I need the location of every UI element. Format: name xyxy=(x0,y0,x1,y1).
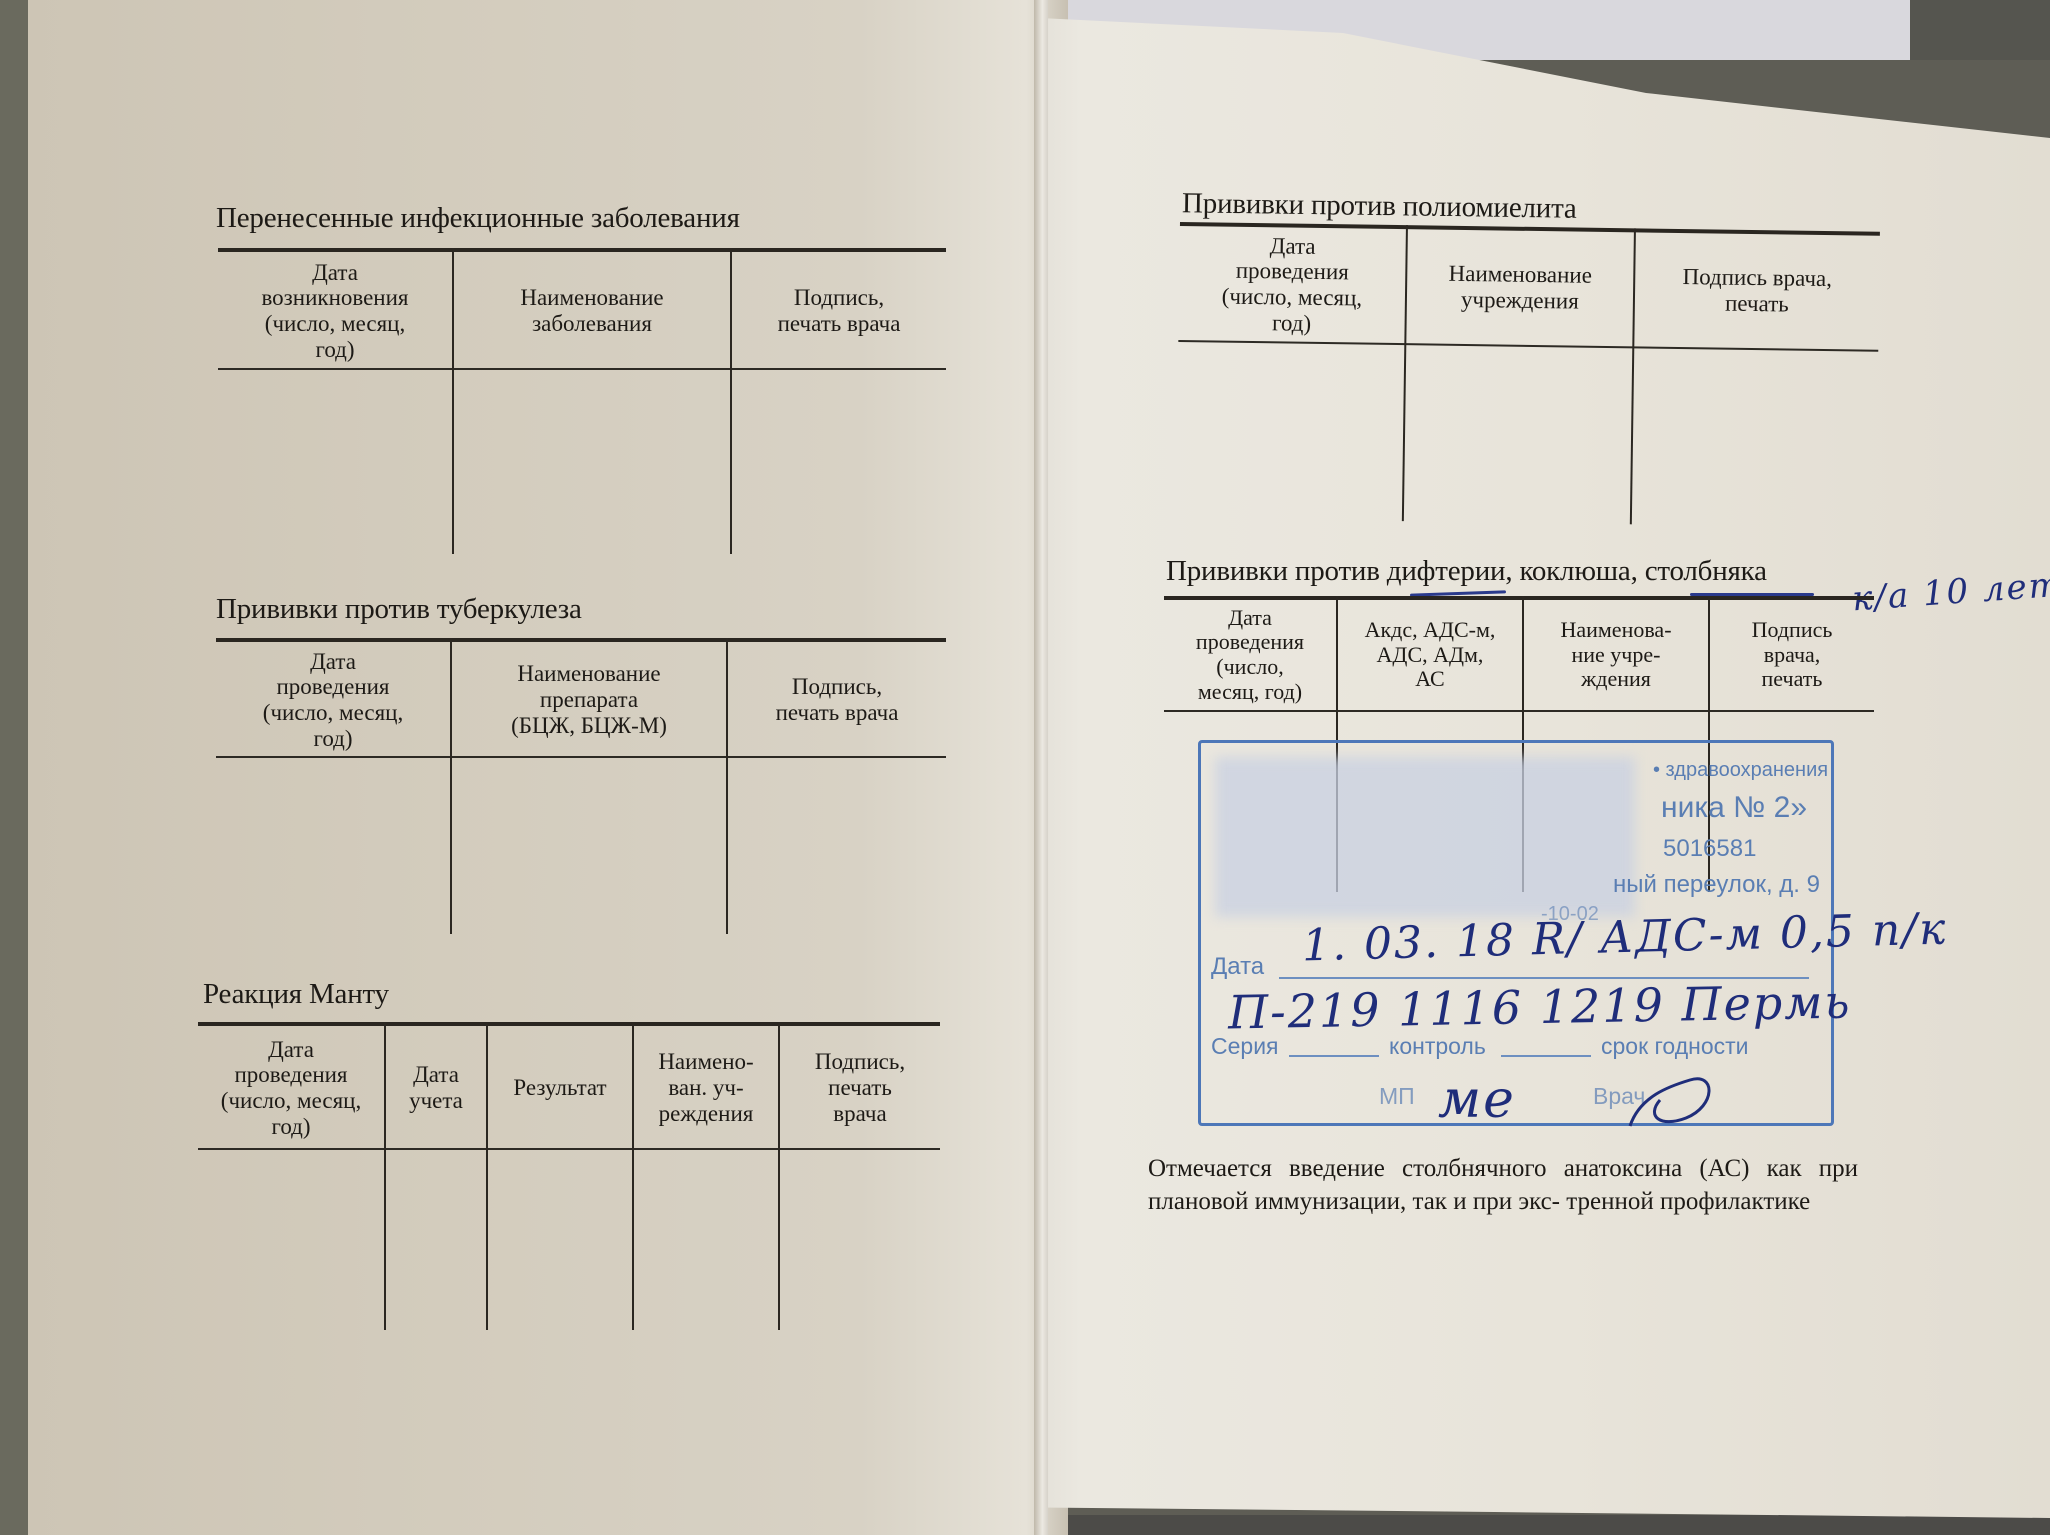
table-top-rule xyxy=(218,248,946,252)
stamp-date-label: Дата xyxy=(1211,953,1264,981)
stamp-expiry-label: срок годности xyxy=(1601,1033,1749,1060)
column-header-signature: Подпись врача, печать xyxy=(1634,232,1880,349)
table-header-rule xyxy=(218,368,946,370)
table-header-rule xyxy=(216,756,946,758)
stamp-control-line xyxy=(1501,1055,1591,1057)
column-header-signature: Подпись, печать врача xyxy=(728,644,946,756)
column-header-date: Дата проведения (число, месяц, год) xyxy=(216,644,450,756)
background-bottom-surface xyxy=(1040,1515,2050,1535)
column-header-reading-date: Дата учета xyxy=(386,1028,486,1148)
column-header-date: Дата проведения (число, месяц, год) xyxy=(1178,226,1406,343)
table-top-rule xyxy=(198,1022,940,1026)
column-header-vaccine: Наименование препарата (БЦЖ, БЦЖ-М) xyxy=(452,644,726,756)
stamp-control-label: контроль xyxy=(1389,1033,1486,1060)
stamp-series-line xyxy=(1289,1055,1379,1057)
column-header-vaccine: Акдс, АДС-м, АДС, АДм, АС xyxy=(1338,600,1522,710)
stamp-code: 5016581 xyxy=(1663,835,1756,863)
tuberculosis-table: Дата проведения (число, месяц, год) Наим… xyxy=(216,638,946,938)
handwritten-entry-line2: П-219 1116 1219 Пермь xyxy=(1228,975,1852,1040)
infections-table: Дата возникновения (число, месяц, год) Н… xyxy=(218,248,946,558)
infections-title: Перенесенные инфекционные заболевания xyxy=(216,202,740,235)
tuberculosis-title: Прививки против туберкулеза xyxy=(216,593,582,626)
column-header-date: Дата проведения (число, месяц, год) xyxy=(198,1028,384,1148)
book-gutter xyxy=(1034,0,1048,1535)
mantoux-table: Дата проведения (число, месяц, год) Дата… xyxy=(198,1022,940,1334)
polio-title: Прививки против полиомиелита xyxy=(1182,187,1577,226)
table-header-rule xyxy=(198,1148,940,1150)
column-header-result: Результат xyxy=(488,1028,632,1148)
doctor-signature: ме xyxy=(1438,1070,1516,1130)
column-header-disease: Наименование заболевания xyxy=(454,254,730,368)
stamp-clinic-name: ника № 2» xyxy=(1661,791,1807,825)
column-header-institution: Наименова- ние учре- ждения xyxy=(1524,600,1708,710)
stamp-address: ный переулок, д. 9 xyxy=(1613,871,1820,899)
dtp-title: Прививки против дифтерии, коклюша, столб… xyxy=(1166,555,1767,588)
mantoux-title: Реакция Манту xyxy=(203,978,389,1011)
signature-flourish xyxy=(1620,1066,1720,1136)
column-header-signature: Подпись врача, печать xyxy=(1710,600,1874,710)
polio-table: Дата проведения (число, месяц, год) Наим… xyxy=(1176,222,1880,540)
column-header-institution: Наимено- ван. уч- реждения xyxy=(634,1028,778,1148)
column-header-date: Дата проведения (число, месяц, год) xyxy=(1164,600,1336,710)
redacted-region xyxy=(1215,757,1635,917)
column-header-date: Дата возникновения (число, месяц, год) xyxy=(218,254,452,368)
stamp-mp-label: МП xyxy=(1379,1083,1415,1110)
tetanus-note: Отмечается введение столбнячного анатокс… xyxy=(1148,1152,1858,1218)
table-top-rule xyxy=(216,638,946,642)
stamp-header: • здравоохранения xyxy=(1653,759,1828,782)
column-header-signature: Подпись, печать врача xyxy=(732,254,946,368)
table-header-rule xyxy=(1164,710,1874,712)
background-dark-surface xyxy=(1910,0,2050,60)
column-header-institution: Наименование учреждения xyxy=(1406,229,1634,346)
column-header-signature: Подпись, печать врача xyxy=(780,1028,940,1148)
